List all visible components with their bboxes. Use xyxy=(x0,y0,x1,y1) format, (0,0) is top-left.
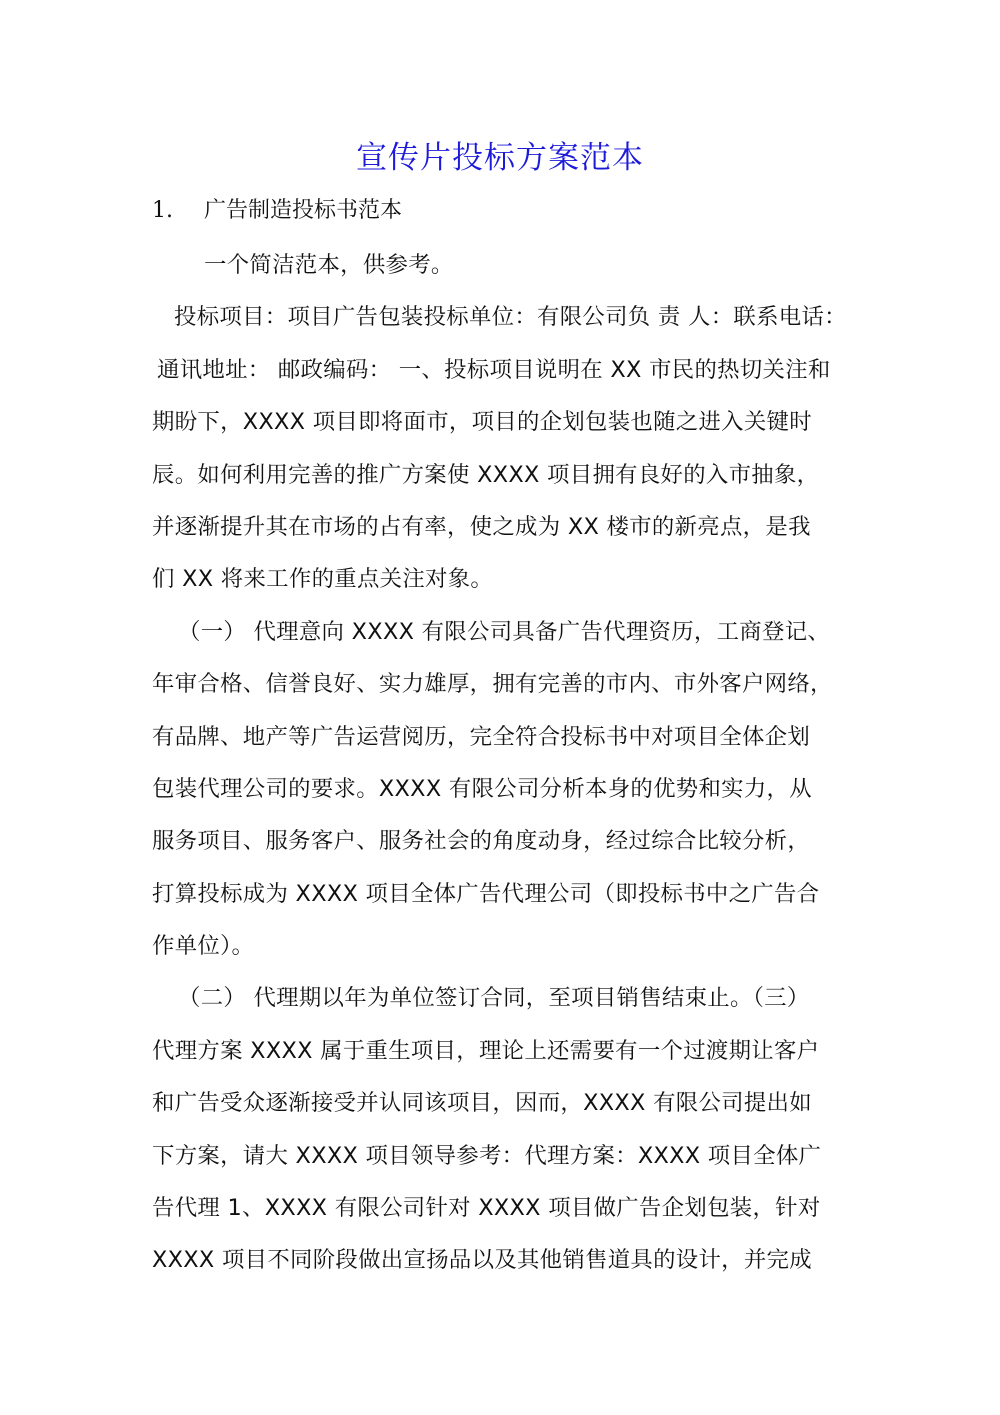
body-line: 辰。如何利用完善的推广方案使 XXXX 项目拥有良好的入市抽象， xyxy=(152,458,852,510)
body-line: 包装代理公司的要求。XXXX 有限公司分析本身的优势和实力，从 xyxy=(152,772,852,824)
body-line: 们 XX 将来工作的重点关注对象。 xyxy=(152,562,852,614)
body-line: 下方案，请大 XXXX 项目领导参考：代理方案：XXXX 项目全体广 xyxy=(152,1139,852,1191)
body-line: 投标项目：项目广告包装投标单位：有限公司负 责 人：联系电话： xyxy=(152,300,852,352)
document-page: 宣传片投标方案范本 1.广告制造投标书范本 一个简洁范本，供参考。 投标项目：项… xyxy=(0,0,1000,1415)
body-line-section-1: （一） 代理意向 XXXX 有限公司具备广告代理资历，工商登记、 xyxy=(152,615,852,667)
body-line: 并逐渐提升其在市场的占有率，使之成为 XX 楼市的新亮点，是我 xyxy=(152,510,852,562)
body-line: 有品牌、地产等广告运营阅历，完全符合投标书中对项目全体企划 xyxy=(152,720,852,772)
section-heading: 1.广告制造投标书范本 xyxy=(152,196,402,226)
body-line: XXXX 项目不同阶段做出宣扬品以及其他销售道具的设计，并完成 xyxy=(152,1243,852,1295)
body-line: 和广告受众逐渐接受并认同该项目，因而，XXXX 有限公司提出如 xyxy=(152,1086,852,1138)
section-number: 1. xyxy=(152,196,204,226)
body-line: 期盼下，XXXX 项目即将面市，项目的企划包装也随之进入关键时 xyxy=(152,405,852,457)
document-body: 一个简洁范本，供参考。 投标项目：项目广告包装投标单位：有限公司负 责 人：联系… xyxy=(152,248,852,1296)
body-line-intro: 一个简洁范本，供参考。 xyxy=(152,248,852,300)
document-title: 宣传片投标方案范本 xyxy=(0,137,1000,179)
body-line-section-2: （二） 代理期以年为单位签订合同，至项目销售结束止。（三） xyxy=(152,981,852,1033)
body-line: 代理方案 XXXX 属于重生项目，理论上还需要有一个过渡期让客户 xyxy=(152,1034,852,1086)
body-line: 年审合格、信誉良好、实力雄厚，拥有完善的市内、市外客户网络， xyxy=(152,667,852,719)
body-line: 通讯地址： 邮政编码： 一、投标项目说明在 XX 市民的热切关注和 xyxy=(152,353,852,405)
section-heading-text: 广告制造投标书范本 xyxy=(204,198,402,223)
body-line: 打算投标成为 XXXX 项目全体广告代理公司（即投标书中之广告合 xyxy=(152,877,852,929)
body-line: 作单位）。 xyxy=(152,929,852,981)
body-line: 告代理 1、XXXX 有限公司针对 XXXX 项目做广告企划包装，针对 xyxy=(152,1191,852,1243)
body-line: 服务项目、服务客户、服务社会的角度动身，经过综合比较分析， xyxy=(152,824,852,876)
